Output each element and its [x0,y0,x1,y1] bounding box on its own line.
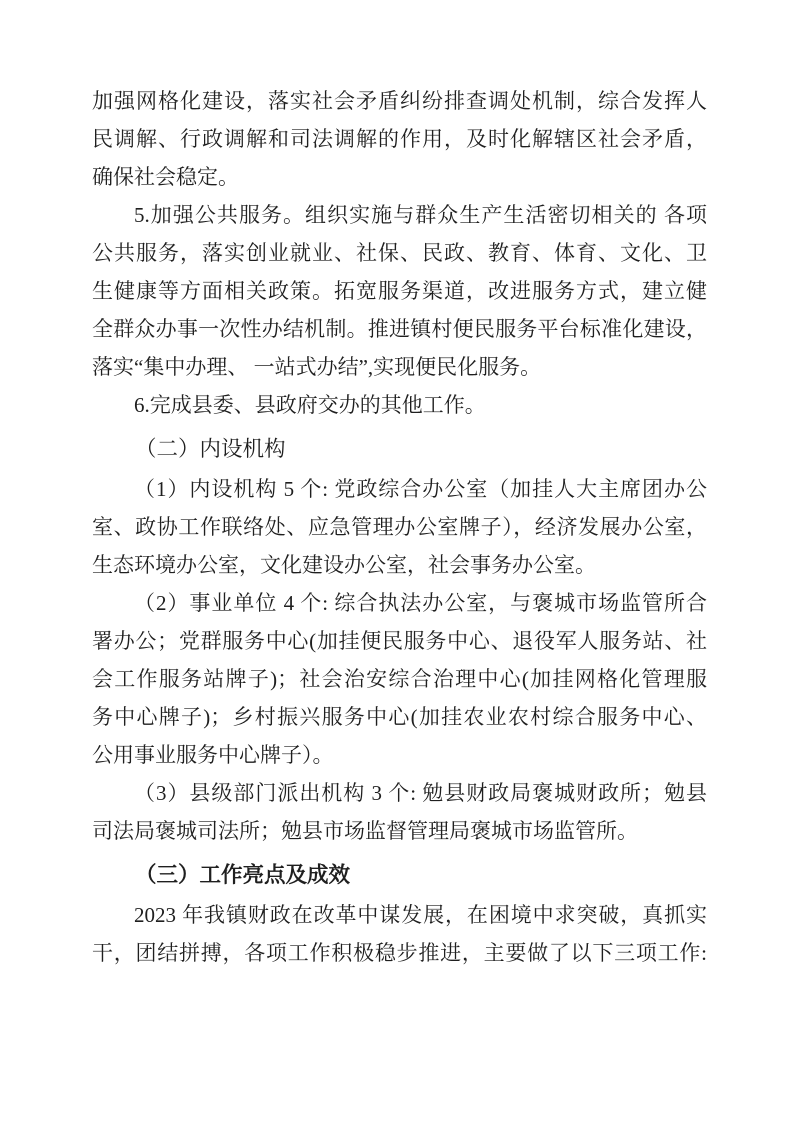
text-line: 干，团结拼搏，各项工作积极稳步推进，主要做了以下三项工作: [92,934,707,972]
text-line: 2023 年我镇财政在改革中谋发展，在困境中求突破，真抓实 [92,896,707,934]
paragraph: 2023 年我镇财政在改革中谋发展，在困境中求突破，真抓实干，团结拼搏，各项工作… [92,896,707,972]
text-line: 公用事业服务中心牌子）。 [92,736,707,774]
text-line: 生健康等方面相关政策。拓宽服务渠道，改进服务方式，建立健 [92,272,707,310]
text-line: （1）内设机构 5 个: 党政综合办公室（加挂人大主席团办公 [92,470,707,508]
text-line: 全群众办事一次性办结机制。推进镇村便民服务平台标准化建设， [92,310,707,348]
paragraph: （1）内设机构 5 个: 党政综合办公室（加挂人大主席团办公室、政协工作联络处、… [92,470,707,584]
text-line: 司法局褒城司法所；勉县市场监督管理局褒城市场监管所。 [92,812,707,850]
text-line: 务中心牌子)；乡村振兴服务中心(加挂农业农村综合服务中心、 [92,698,707,736]
text-line: （3）县级部门派出机构 3 个: 勉县财政局褒城财政所；勉县 [92,774,707,812]
document-page: 加强网格化建设，落实社会矛盾纠纷排查调处机制，综合发挥人民调解、行政调解和司法调… [0,0,793,1122]
text-line: 署办公；党群服务中心(加挂便民服务中心、退役军人服务站、社 [92,622,707,660]
text-line: （三）工作亮点及成效 [92,856,707,894]
text-line: 5.加强公共服务。组织实施与群众生产生活密切相关的 各项 [92,196,707,234]
text-line: （二）内设机构 [92,430,707,468]
paragraph: 加强网格化建设，落实社会矛盾纠纷排查调处机制，综合发挥人民调解、行政调解和司法调… [92,82,707,196]
paragraph: （3）县级部门派出机构 3 个: 勉县财政局褒城财政所；勉县司法局褒城司法所；勉… [92,774,707,850]
text-line: 落实“集中办理、 一站式办结”,实现便民化服务。 [92,348,707,386]
text-line: 加强网格化建设，落实社会矛盾纠纷排查调处机制，综合发挥人 [92,82,707,120]
paragraph: 6.完成县委、县政府交办的其他工作。 [92,386,707,424]
text-line: 公共服务，落实创业就业、社保、民政、教育、体育、文化、卫 [92,234,707,272]
text-line: 会工作服务站牌子)；社会治安综合治理中心(加挂网格化管理服 [92,660,707,698]
document-body: 加强网格化建设，落实社会矛盾纠纷排查调处机制，综合发挥人民调解、行政调解和司法调… [92,82,707,972]
paragraph: （2）事业单位 4 个: 综合执法办公室，与褒城市场监管所合署办公；党群服务中心… [92,584,707,774]
text-line: 生态环境办公室，文化建设办公室，社会事务办公室。 [92,546,707,584]
section-heading: （三）工作亮点及成效 [92,856,707,894]
text-line: 6.完成县委、县政府交办的其他工作。 [92,386,707,424]
text-line: （2）事业单位 4 个: 综合执法办公室，与褒城市场监管所合 [92,584,707,622]
section-heading: （二）内设机构 [92,430,707,468]
paragraph: 5.加强公共服务。组织实施与群众生产生活密切相关的 各项公共服务，落实创业就业、… [92,196,707,386]
text-line: 民调解、行政调解和司法调解的作用，及时化解辖区社会矛盾， [92,120,707,158]
text-line: 室、政协工作联络处、应急管理办公室牌子），经济发展办公室， [92,508,707,546]
text-line: 确保社会稳定。 [92,158,707,196]
